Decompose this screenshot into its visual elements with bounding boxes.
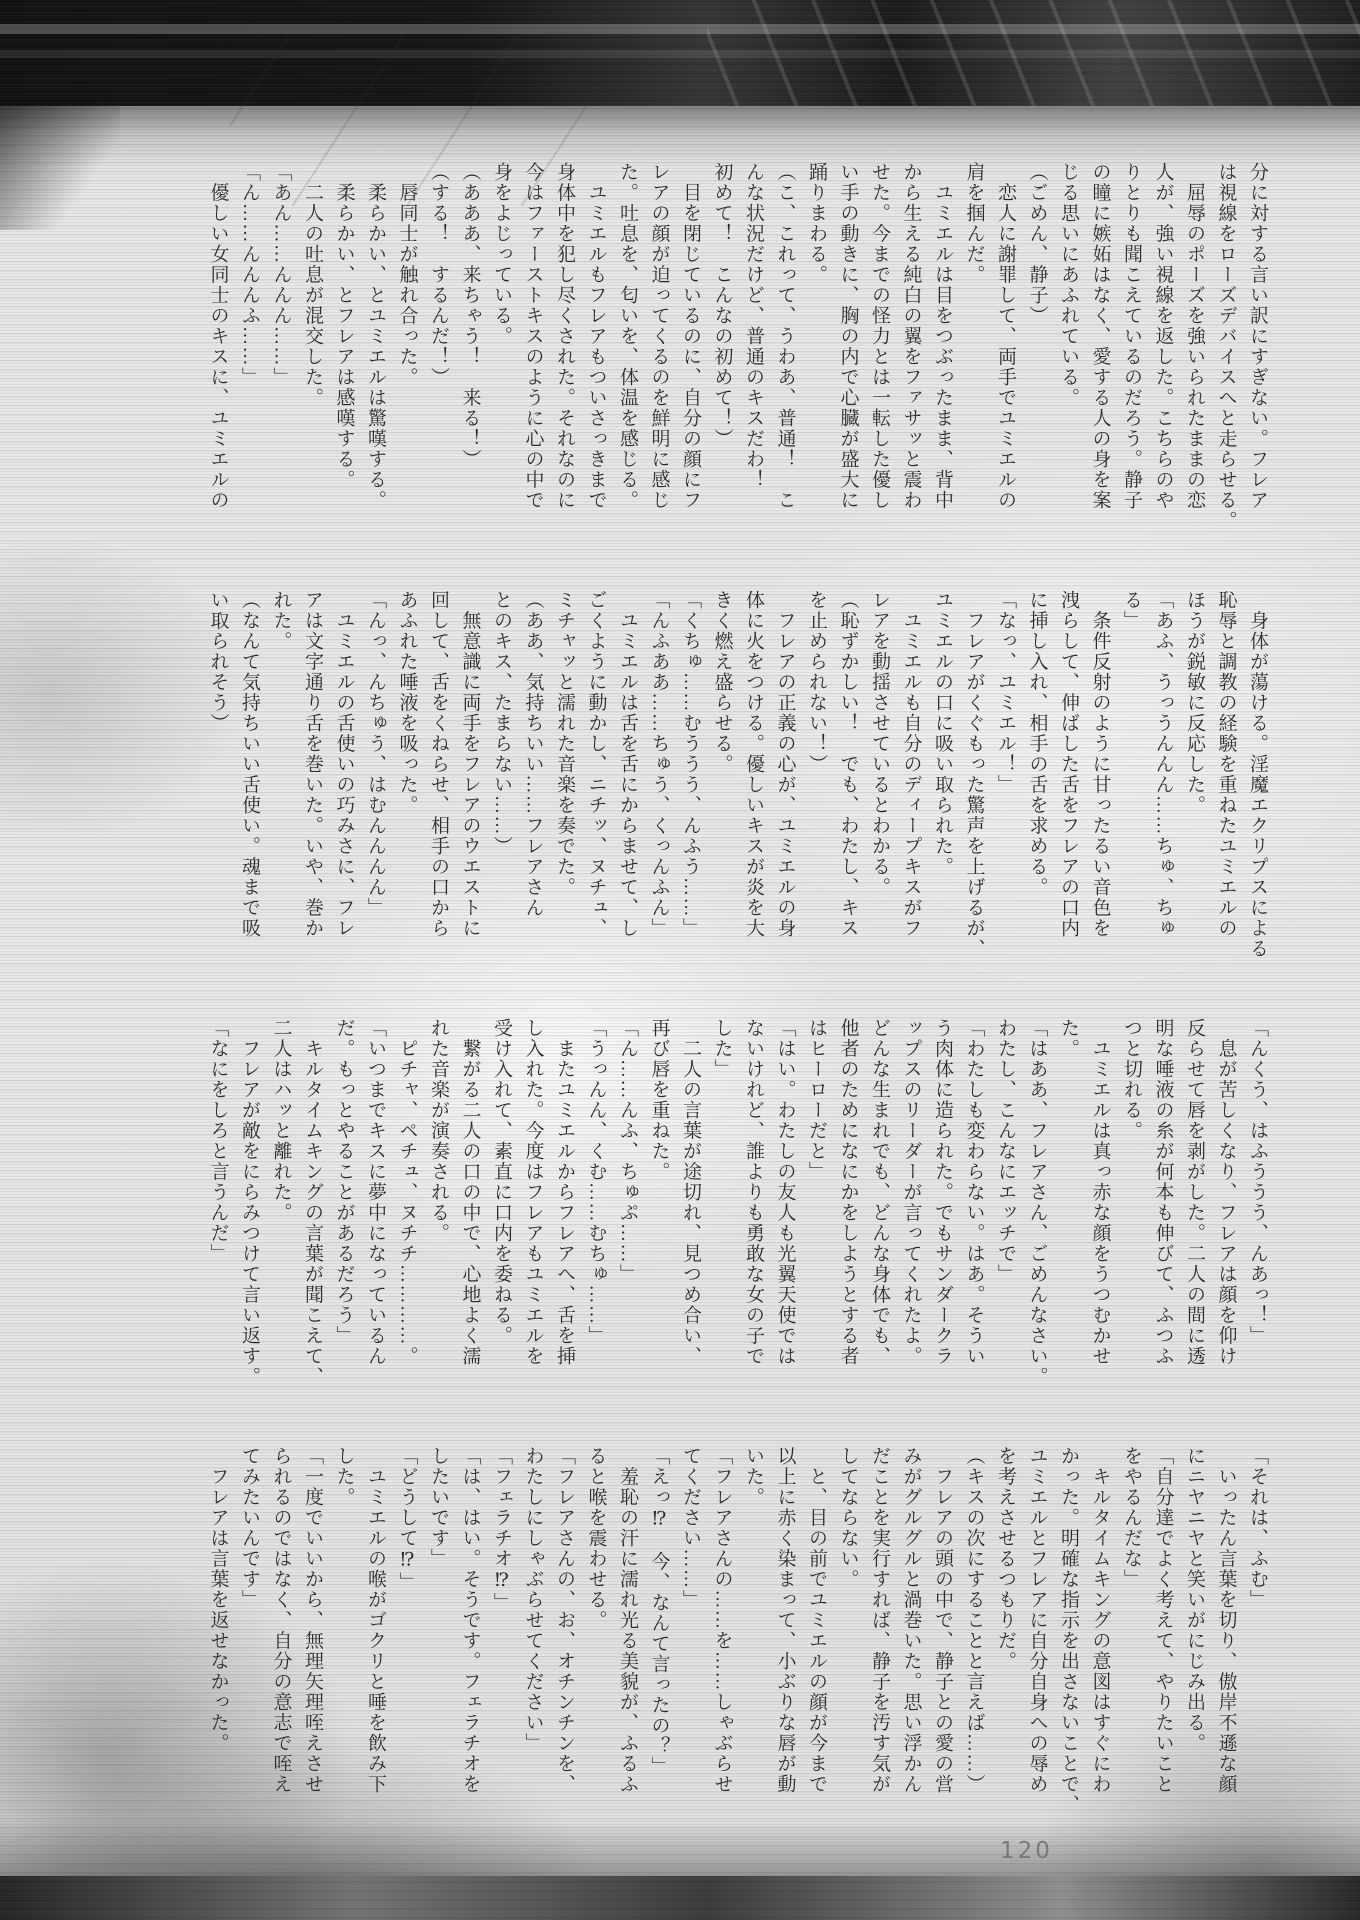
text-column: わたし、こんなにエッチで」	[990, 1018, 1022, 1420]
text-column: 「くちゅ……むううう、んふう……」	[675, 590, 707, 992]
text-column: 「んふああ……ちゅう、くっんふん」	[643, 590, 675, 992]
text-column: い取られそう）	[202, 590, 234, 992]
text-column: だ。もっとやることがあるだろう」	[328, 1018, 360, 1420]
text-column: レアを動揺させているとわかる。	[864, 590, 896, 992]
text-column: かった。明確な指示を出さないことで、	[1053, 1446, 1085, 1848]
text-column: キルタイムキングの言葉が聞こえて、	[297, 1018, 329, 1420]
text-column: 「ん……んんんふ……」	[234, 162, 266, 564]
text-column: 「わたしも変わらない。はあ。そうい	[958, 1018, 990, 1420]
text-column: い手の動きに、胸の内で心臓が盛大に	[832, 162, 864, 564]
text-column: 柔らかい、とフレアは感嘆する。	[328, 162, 360, 564]
text-column: をやるんだな」	[1116, 1446, 1148, 1848]
text-column: （キスの次にすることと言えば……）	[958, 1446, 990, 1848]
text-column: 「いつまでキスに夢中になっているん	[360, 1018, 392, 1420]
text-band-4: 「それは、ふむ」 いったん言葉を切り、傲岸不遜な顔にニヤニヤと笑いがにじみ出る。…	[202, 1446, 1273, 1848]
text-column: 無意識に両手をフレアのウエストに	[454, 590, 486, 992]
text-column: フレアの頭の中で、静子との愛の営	[927, 1446, 959, 1848]
text-column: 「ん……んふ、ちゅぷ……」	[612, 1018, 644, 1420]
text-column: てみたいんです」	[234, 1446, 266, 1848]
text-column: 身体が蕩ける。淫魔エクリプスによる	[1242, 590, 1274, 992]
text-column: アは文字通り舌を巻いた。いや、巻か	[297, 590, 329, 992]
text-column: 二人はハッと離れた。	[265, 1018, 297, 1420]
text-column: 再び唇を重ねた。	[643, 1018, 675, 1420]
text-column: 「えっ⁉ 今、なんて言ったの？」	[643, 1446, 675, 1848]
text-column: ユミエルもフレアもついさっきまで	[580, 162, 612, 564]
text-column: した。	[328, 1446, 360, 1848]
text-column: あふれた唾液を吸った。	[391, 590, 423, 992]
text-column: ミチャッと濡れた音楽を奏でた。	[549, 590, 581, 992]
text-column: し入れた。今度はフレアもユミエルを	[517, 1018, 549, 1420]
text-column: いったん言葉を切り、傲岸不遜な顔	[1210, 1446, 1242, 1848]
text-column: ピチャ、ペチュ、ヌチチ…………。	[391, 1018, 423, 1420]
text-column: 「フレアさんの……を……しゃぶらせ	[706, 1446, 738, 1848]
text-column: 分に対する言い訳にすぎない。フレア	[1242, 162, 1274, 564]
scan-streaks	[707, 0, 1360, 106]
text-column: わたしにしゃぶらせてください」	[517, 1446, 549, 1848]
text-column: フレアが敵をにらみつけて言い返す。	[234, 1018, 266, 1420]
text-column: 人が、強い視線を返した。こちらのや	[1147, 162, 1179, 564]
text-column: 体に火をつける。優しいキスが炎を大	[738, 590, 770, 992]
text-column: またユミエルからフレアへ、舌を挿	[549, 1018, 581, 1420]
text-column: した」	[706, 1018, 738, 1420]
text-column: ユミエルの口に吸い取られた。	[927, 590, 959, 992]
text-column: キルタイムキングの意図はすぐにわ	[1084, 1446, 1116, 1848]
text-column: 「んっ、んちゅう、はむんんんん」	[360, 590, 392, 992]
text-column: 洩らして、伸ばした舌をフレアの口内	[1053, 590, 1085, 992]
text-column: 「フェラチオ⁉」	[486, 1446, 518, 1848]
text-column: 身をよじっている。	[486, 162, 518, 564]
text-column: どんな生まれでも、どんな身体でも、	[864, 1018, 896, 1420]
text-column: （あああ、来ちゃう！ 来る！）	[454, 162, 486, 564]
text-column: フレアは言葉を返せなかった。	[202, 1446, 234, 1848]
text-column: んな状況だけど、普通のキスだわ！	[738, 162, 770, 564]
text-column: 「はい。わたしの友人も光翼天使では	[769, 1018, 801, 1420]
text-column: 二人の言葉が途切れ、見つめ合い、	[675, 1018, 707, 1420]
text-column: た。	[1053, 1018, 1085, 1420]
text-column: ップスのリーダーが言ってくれたよ。	[895, 1018, 927, 1420]
text-column: 「一度でいいから、無理矢理咥えさせ	[297, 1446, 329, 1848]
text-column: 柔らかい、とユミエルは驚嘆する。	[360, 162, 392, 564]
text-column: 「あん……んんん……」	[265, 162, 297, 564]
text-column: せた。今までの怪力とは一転した優し	[864, 162, 896, 564]
text-column: はヒーローだと」	[801, 1018, 833, 1420]
text-band-1: 分に対する言い訳にすぎない。フレアは視線をローズデバイスへと走らせる。 屈辱のポ…	[202, 162, 1273, 564]
text-column: きく燃え盛らせる。	[706, 590, 738, 992]
text-column: 「なにをしろと言うんだ」	[202, 1018, 234, 1420]
text-column: つと切れる。	[1116, 1018, 1148, 1420]
text-column: ユミエルは舌を舌にからませて、し	[612, 590, 644, 992]
text-column: う肉体に造られた。でもサンダークラ	[927, 1018, 959, 1420]
text-column: ないけれど、誰よりも勇敢な女の子で	[738, 1018, 770, 1420]
text-column: （する！ するんだ！）	[423, 162, 455, 564]
text-column: 「は、はい。そうです。フェラチオを	[454, 1446, 486, 1848]
page-number: 120	[1000, 1838, 1053, 1864]
scan-dark-footer	[0, 1876, 1360, 1920]
text-column: 恥辱と調教の経験を重ねたユミエルの	[1210, 590, 1242, 992]
text-column: 身体中を犯し尽くされた。それなのに	[549, 162, 581, 564]
text-column: 恋人に謝罪して、両手でユミエルの	[990, 162, 1022, 564]
text-column: 目を閉じているのに、自分の顔にフ	[675, 162, 707, 564]
text-column: （こ、これって、うわあ、普通！ こ	[769, 162, 801, 564]
text-column: （ああ、気持ちいい……フレアさん	[517, 590, 549, 992]
scan-header-fade	[0, 106, 1360, 168]
text-column: 回して、舌をくねらせ、相手の口から	[423, 590, 455, 992]
text-column: 今はファーストキスのように心の中で	[517, 162, 549, 564]
text-column: 羞恥の汗に濡れ光る美貌が、ふるふ	[612, 1446, 644, 1848]
text-column: れた。	[265, 590, 297, 992]
text-column: 「あふ、うっうんんん……ちゅ、ちゅ	[1147, 590, 1179, 992]
text-column: 繋がる二人の口の中で、心地よく濡	[454, 1018, 486, 1420]
text-column: ユミエルの舌使いの巧みさに、フレ	[328, 590, 360, 992]
text-column: 「なっ、ユミエル！」	[990, 590, 1022, 992]
text-column: 「自分達でよく考えて、やりたいこと	[1147, 1446, 1179, 1848]
text-column: いた。	[738, 1446, 770, 1848]
text-column: 「はああ、フレアさん、ごめんなさい。	[1021, 1018, 1053, 1420]
text-column: に挿し入れ、相手の舌を求める。	[1021, 590, 1053, 992]
text-column: （ごめん、静子）	[1021, 162, 1053, 564]
text-column: ると喉を震わせる。	[580, 1446, 612, 1848]
text-column: 二人の吐息が混交した。	[297, 162, 329, 564]
text-column: の瞳に嫉妬はなく、愛する人の身を案	[1084, 162, 1116, 564]
text-column: ユミエルとフレアに自分自身への辱め	[1021, 1446, 1053, 1848]
text-column: 息が苦しくなり、フレアは顔を仰け	[1210, 1018, 1242, 1420]
text-column: フレアがくぐもった驚声を上げるが、	[958, 590, 990, 992]
text-column: 踊りまわる。	[801, 162, 833, 564]
text-column: （なんて気持ちいい舌使い。魂まで吸	[234, 590, 266, 992]
text-column: てください……」	[675, 1446, 707, 1848]
novel-scan-page: 分に対する言い訳にすぎない。フレアは視線をローズデバイスへと走らせる。 屈辱のポ…	[0, 0, 1360, 1920]
text-column: 屈辱のポーズを強いられたままの恋	[1179, 162, 1211, 564]
text-column: したいです」	[423, 1446, 455, 1848]
text-column: と、目の前でユミエルの顔が今まで	[801, 1446, 833, 1848]
text-column: 以上に赤く染まって、小ぶりな唇が動	[769, 1446, 801, 1848]
text-column: じる思いにあふれている。	[1053, 162, 1085, 564]
text-column: 受け入れて、素直に口内を委ねる。	[486, 1018, 518, 1420]
scan-corner-shadow	[0, 100, 120, 230]
text-column: 優しい女同士のキスに、ユミエルの	[202, 162, 234, 564]
text-column: 条件反射のように甘ったるい音色を	[1084, 590, 1116, 992]
text-column: 「どうして⁉」	[391, 1446, 423, 1848]
text-column: ごくように動かし、ニチッ、ヌチュ、	[580, 590, 612, 992]
text-column: る」	[1116, 590, 1148, 992]
text-column: だことを実行すれば、静子を汚す気が	[864, 1446, 896, 1848]
text-column: してならない。	[832, 1446, 864, 1848]
text-column: は視線をローズデバイスへと走らせる。	[1210, 162, 1242, 564]
scan-dark-header	[0, 0, 1360, 106]
text-column: 初めて！ こんなの初めて！）	[706, 162, 738, 564]
text-column: られるのではなく、自分の意志で咥え	[265, 1446, 297, 1848]
text-column: 唇同士が触れ合った。	[391, 162, 423, 564]
text-column: 肩を掴んだ。	[958, 162, 990, 564]
text-column: りとりも聞こえているのだろう。静子	[1116, 162, 1148, 564]
text-column: ユミエルの喉がゴクリと唾を飲み下	[360, 1446, 392, 1848]
text-column: 「フレアさんの、お、オチンチンを、	[549, 1446, 581, 1848]
text-column: ユミエルも自分のディープキスがフ	[895, 590, 927, 992]
text-column: ほうが鋭敏に反応した。	[1179, 590, 1211, 992]
text-column: 「それは、ふむ」	[1242, 1446, 1274, 1848]
text-column: とのキス、たまらない……）	[486, 590, 518, 992]
text-column: フレアの正義の心が、ユミエルの身	[769, 590, 801, 992]
text-column: みがグルグルと渦巻いた。思い浮かん	[895, 1446, 927, 1848]
text-column: 他者のためになにかをしようとする者	[832, 1018, 864, 1420]
text-column: を考えさせるつもりだ。	[990, 1446, 1022, 1848]
text-column: ユミエルは真っ赤な顔をうつむかせ	[1084, 1018, 1116, 1420]
text-column: から生える純白の翼をファサッと震わ	[895, 162, 927, 564]
text-column: 反らせて唇を剥がした。二人の間に透	[1179, 1018, 1211, 1420]
text-column: た。吐息を、匂いを、体温を感じる。	[612, 162, 644, 564]
text-column: レアの顔が迫ってくるのを鮮明に感じ	[643, 162, 675, 564]
text-band-3: 「んくう、はふううう、んあっ！」 息が苦しくなり、フレアは顔を仰け反らせて唇を剥…	[202, 1018, 1273, 1420]
text-column: 明な唾液の糸が何本も伸びて、ふつふ	[1147, 1018, 1179, 1420]
text-column: れた音楽が演奏される。	[423, 1018, 455, 1420]
text-column: にニヤニヤと笑いがにじみ出る。	[1179, 1446, 1211, 1848]
text-column: 「うっんん、くむ……むちゅ……」	[580, 1018, 612, 1420]
text-column: （恥ずかしい！ でも、わたし、キス	[832, 590, 864, 992]
text-column: 「んくう、はふううう、んあっ！」	[1242, 1018, 1274, 1420]
text-column: ユミエルは目をつぶったまま、背中	[927, 162, 959, 564]
text-band-2: 身体が蕩ける。淫魔エクリプスによる恥辱と調教の経験を重ねたユミエルのほうが鋭敏に…	[202, 590, 1273, 992]
text-column: を止められない！）	[801, 590, 833, 992]
